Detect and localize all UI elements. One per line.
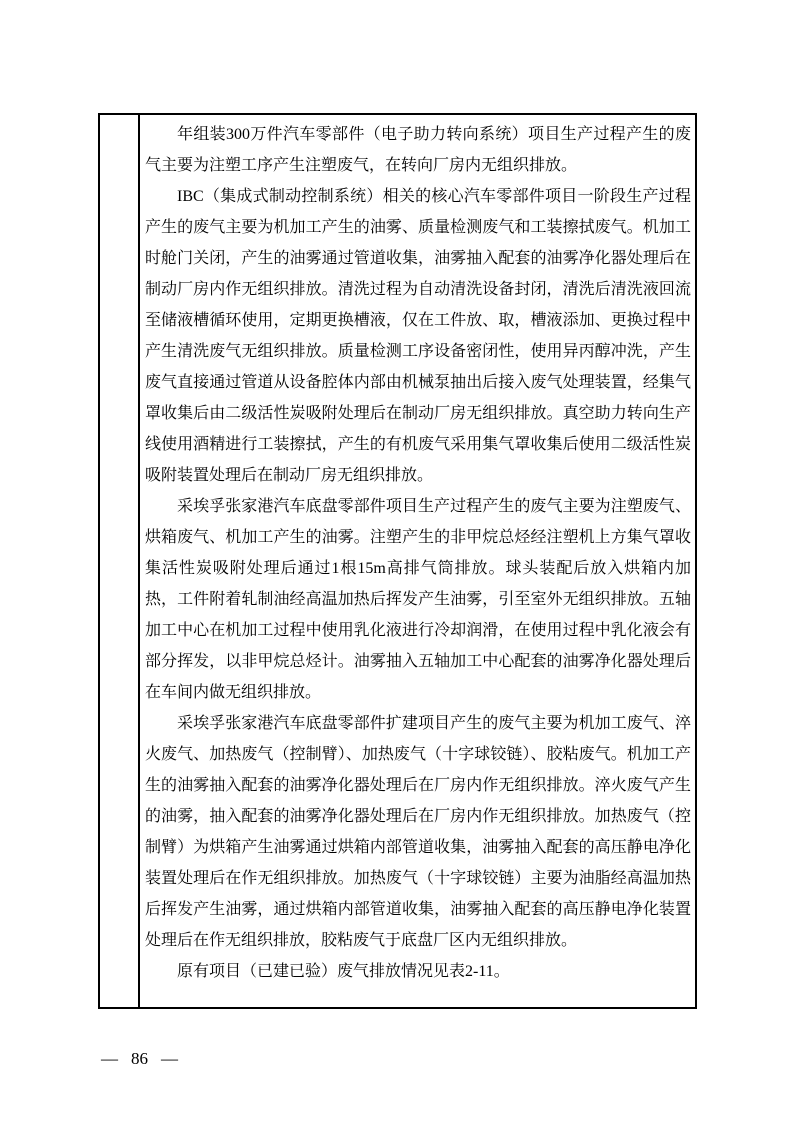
paragraph: 采埃孚张家港汽车底盘零部件项目生产过程产生的废气主要为注塑废气、烘箱废气、机加工…	[145, 491, 691, 708]
paragraph: 原有项目（已建已验）废气排放情况见表2-11。	[145, 956, 691, 987]
paragraph: 年组装300万件汽车零部件（电子助力转向系统）项目生产过程产生的废气主要为注塑工…	[145, 119, 691, 181]
footer-left-dash: —	[101, 1049, 118, 1069]
paragraph: 采埃孚张家港汽车底盘零部件扩建项目产生的废气主要为机加工废气、淬火废气、加热废气…	[145, 708, 691, 956]
page-number: 86	[131, 1049, 148, 1069]
page-footer: — 86 —	[101, 1049, 178, 1069]
table-stub-cell	[100, 115, 140, 1007]
content-table: 年组装300万件汽车零部件（电子助力转向系统）项目生产过程产生的废气主要为注塑工…	[98, 113, 697, 1009]
table-body-cell: 年组装300万件汽车零部件（电子助力转向系统）项目生产过程产生的废气主要为注塑工…	[140, 115, 695, 1007]
paragraph: IBC（集成式制动控制系统）相关的核心汽车零部件项目一阶段生产过程产生的废气主要…	[145, 181, 691, 491]
footer-right-dash: —	[161, 1049, 178, 1069]
paragraph-container: 年组装300万件汽车零部件（电子助力转向系统）项目生产过程产生的废气主要为注塑工…	[145, 119, 691, 987]
